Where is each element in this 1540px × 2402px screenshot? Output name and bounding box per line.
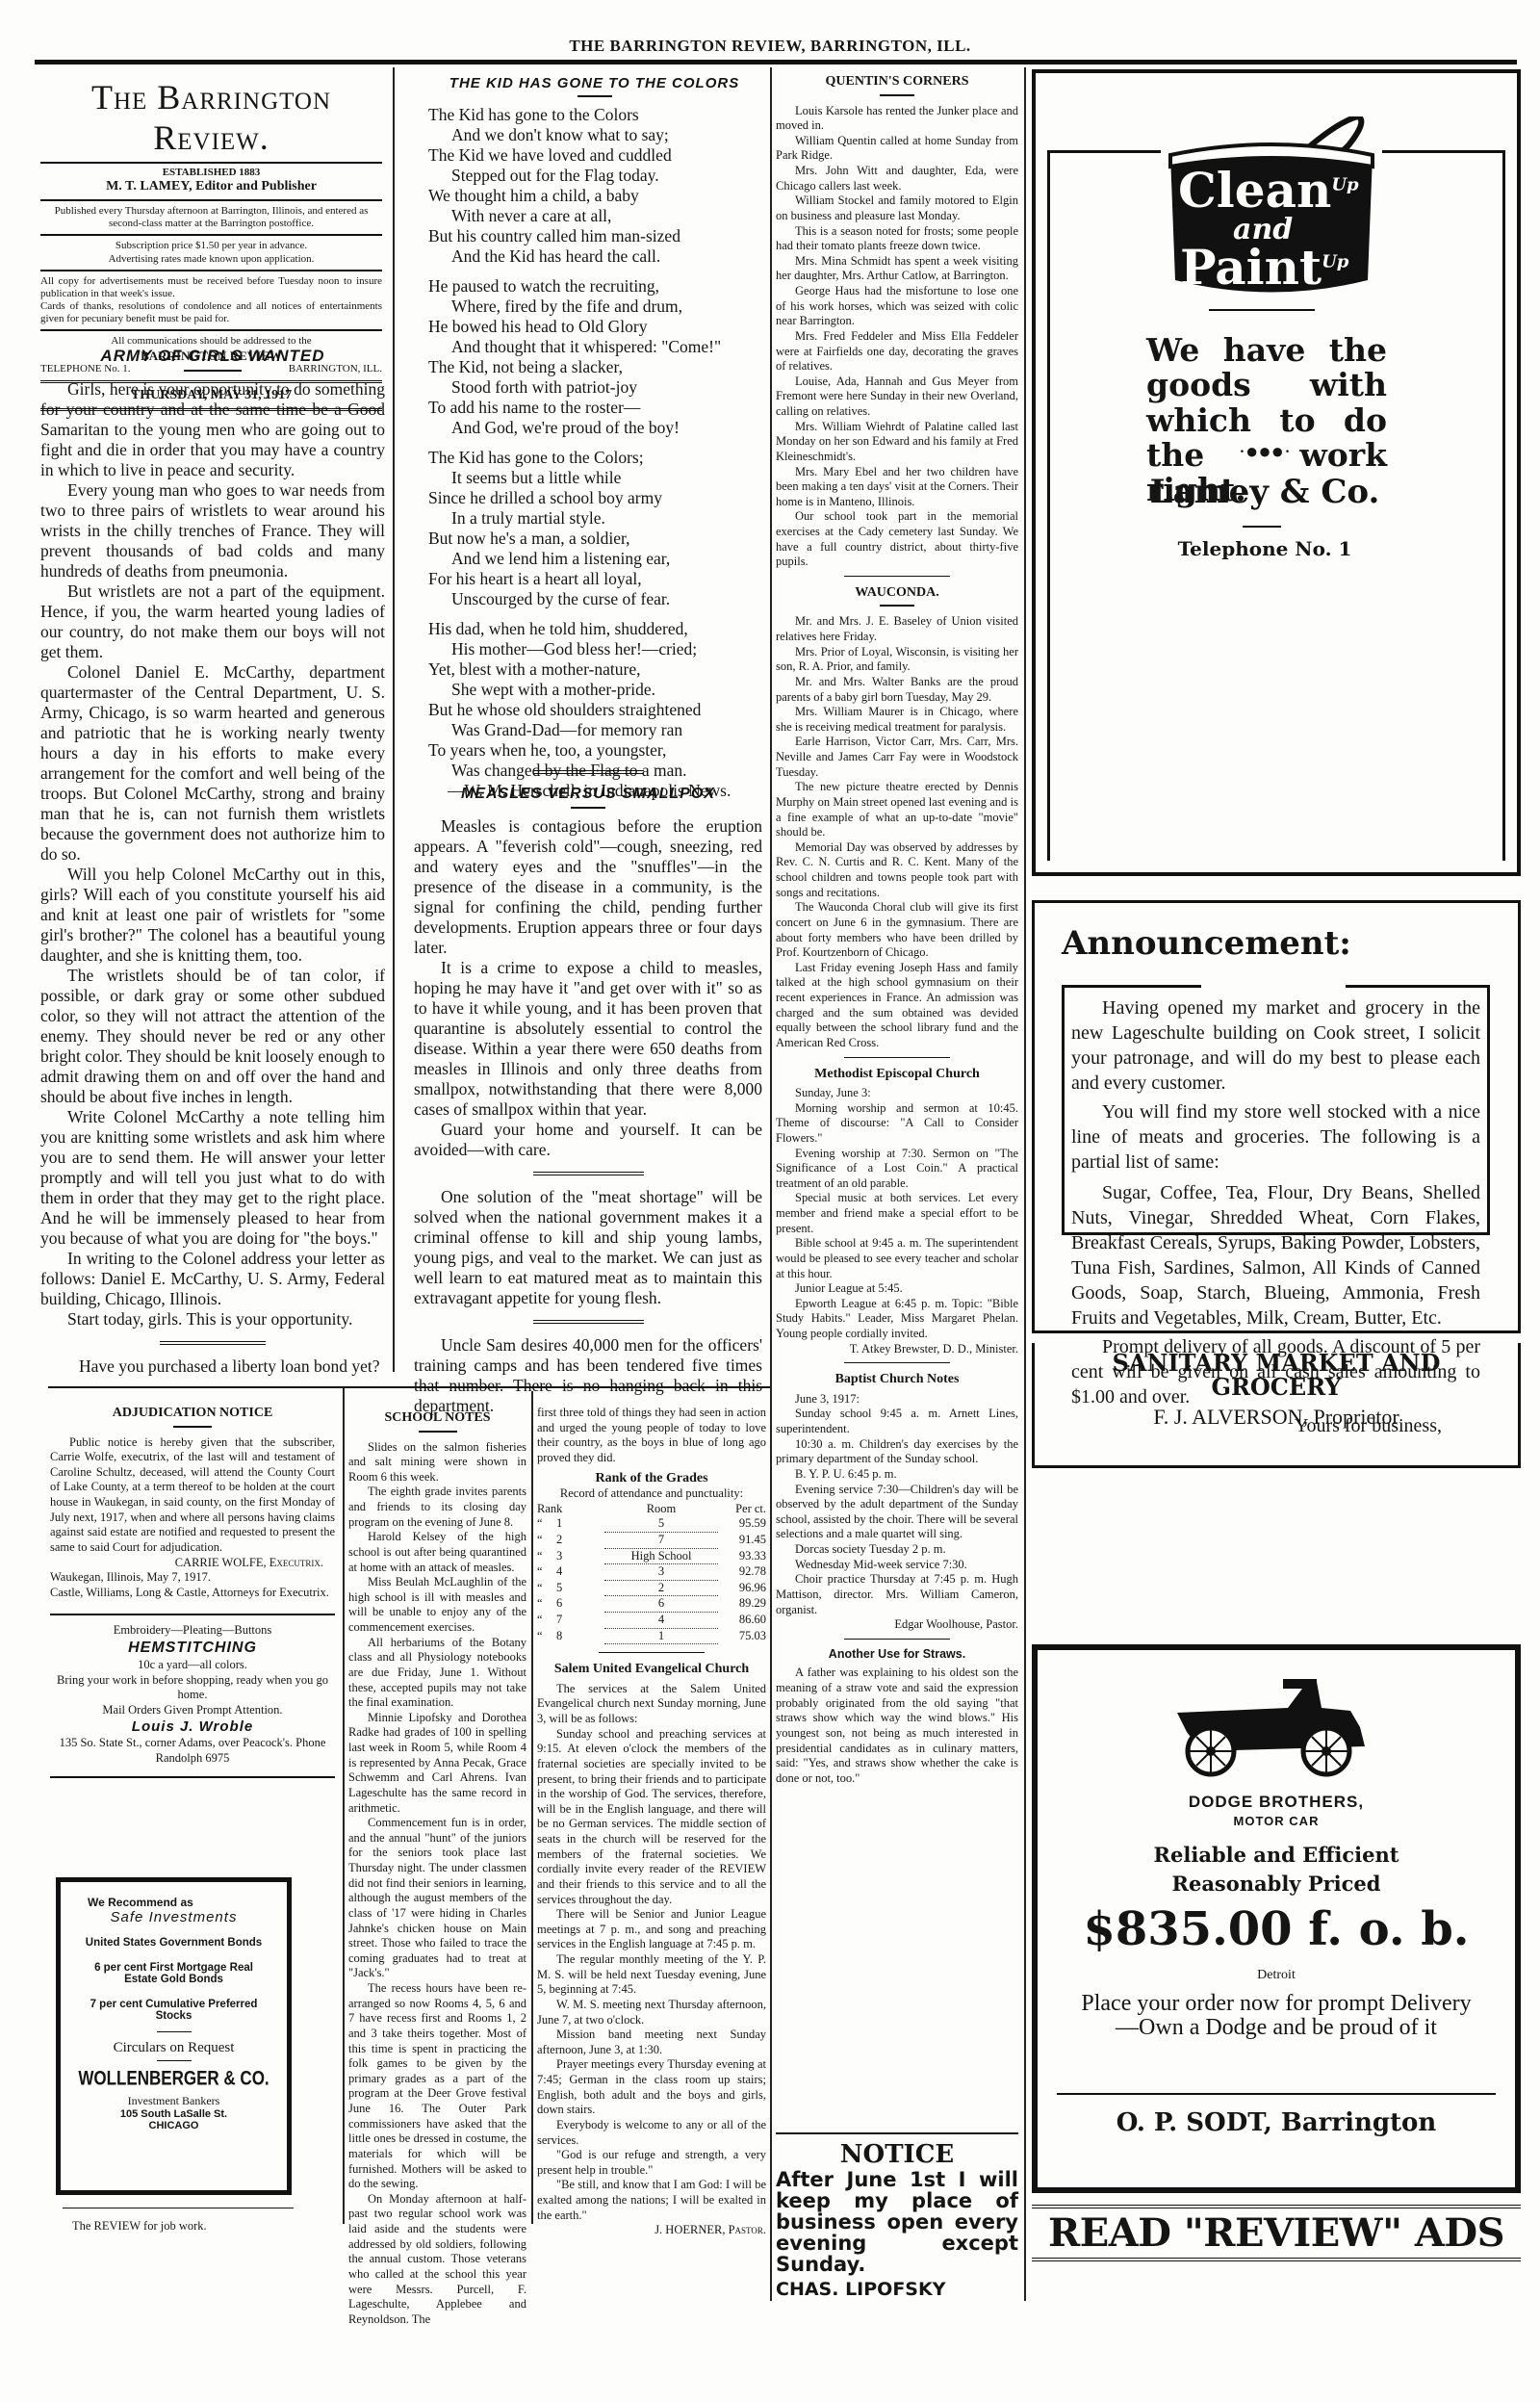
dodge-price: $835.00 f. o. b. [1038, 1902, 1515, 1956]
top-rule [35, 60, 1517, 65]
ornament-icon: ·●●●· [1036, 439, 1494, 464]
salem-paragraph: Mission band meeting next Sunday afterno… [537, 2027, 766, 2057]
wauconda-headline: WAUCONDA. [776, 584, 1018, 602]
rank-subtitle: Record of attendance and punctuality: [537, 1486, 766, 1502]
rank-table: Rank Room Per ct. “1595.59“2791.45“3High… [537, 1502, 766, 1645]
editor: M. T. LAMEY, Editor and Publisher [40, 179, 382, 195]
salem-paragraph: W. M. S. meeting next Thursday afternoon… [537, 1998, 766, 2027]
paragraph: Measles is contagious before the eruptio… [414, 816, 762, 958]
dodge-brand: DODGE BROTHERS, [1038, 1793, 1515, 1812]
news-item: William Stockel and family motored to El… [776, 194, 1018, 223]
poem-body: The Kid has gone to the ColorsAnd we don… [428, 105, 760, 801]
church-item: Wednesday Mid-week service 7:30. [776, 1558, 1018, 1573]
paint-can-icon: CleanUp and PaintUp [1161, 116, 1382, 299]
baptist-headline: Baptist Church Notes [776, 1371, 1018, 1388]
publication-info: Published every Thursday afternoon at Ba… [40, 205, 382, 230]
firm-name: WOLLENBERGER & CO. [70, 2067, 277, 2091]
pastor: J. HOERNER, Pastor. [537, 2223, 766, 2238]
column-divider [393, 67, 395, 1372]
job-work-line: The REVIEW for job work. [72, 2219, 207, 2234]
headline: ARMY OF GIRLS WANTED [40, 347, 385, 366]
methodist-headline: Methodist Episcopal Church [776, 1066, 1018, 1083]
headline: MEASLES VERSUS SMALLPOX [414, 786, 762, 803]
news-item: The new picture theatre erected by Denni… [776, 780, 1018, 840]
straws-headline: Another Use for Straws. [776, 1647, 1018, 1663]
news-item: Last Friday evening Joseph Hass and fami… [776, 961, 1018, 1051]
column-divider [531, 1391, 533, 2224]
school-note: Commencement fun is in order, and the an… [348, 1816, 526, 1981]
can-text-clean: CleanUp [1178, 167, 1359, 215]
stanza: The Kid has gone to the Colors;It seems … [428, 448, 760, 609]
can-text-paint: PaintUp [1180, 244, 1348, 292]
paragraph: Will you help Colonel McCarthy out in th… [40, 865, 385, 966]
uncle-sam-paragraph: Uncle Sam desires 40,000 men for the off… [414, 1335, 762, 1416]
dodge-tagline: Reasonably Priced [1038, 1872, 1515, 1896]
ad-price: 10c a yard—all colors. [50, 1658, 335, 1673]
straws-body: A father was explaining to his oldest so… [776, 1666, 1018, 1786]
school-note: The eighth grade invites parents and fri… [348, 1485, 526, 1530]
news-item: Memorial Day was observed by addresses b… [776, 840, 1018, 901]
copy-notice: All copy for advertisements must be rece… [40, 275, 382, 300]
read-review-ads-banner: READ "REVIEW" ADS [1032, 2205, 1521, 2261]
school-notes: SCHOOL NOTES Slides on the salmon fisher… [348, 1406, 526, 2327]
paragraph: Write Colonel McCarthy a note telling hi… [40, 1107, 385, 1249]
headline: ADJUDICATION NOTICE [50, 1405, 335, 1422]
rank-title: Rank of the Grades [537, 1470, 766, 1487]
ad-intro: We Recommend as [70, 1896, 277, 1909]
established: ESTABLISHED 1883 [40, 167, 382, 179]
salem-paragraph: "Be still, and know that I am God: I wil… [537, 2178, 766, 2223]
school-note: All herbariums of the Botany class and a… [348, 1636, 526, 1711]
stanza: He paused to watch the recruiting,Where,… [428, 276, 760, 438]
circulars: Circulars on Request [70, 2040, 277, 2056]
salem-paragraph: The services at the Salem United Evangel… [537, 1682, 766, 1727]
firm-address: 105 South LaSalle St. [70, 2108, 277, 2120]
salem-paragraph: Sunday school and preaching services at … [537, 1727, 766, 1908]
continued-text: first three told of things they had seen… [537, 1406, 766, 1466]
school-note: Miss Beulah McLaughlin of the high schoo… [348, 1575, 526, 1636]
salem-headline: Salem United Evangelical Church [537, 1661, 766, 1678]
news-item: George Haus had the misfortune to lose o… [776, 284, 1018, 329]
paragraph: Colonel Daniel E. McCarthy, department q… [40, 662, 385, 865]
news-item: Mrs. John Witt and daughter, Eda, were C… [776, 164, 1018, 194]
news-item: Mrs. William Wiehrdt of Palatine called … [776, 420, 1018, 465]
masthead-title: The Barrington Review. [40, 77, 382, 164]
dodge-dealer: O. P. SODT, Barrington [1038, 2108, 1515, 2137]
rank-row: “4392.78 [537, 1564, 766, 1581]
church-item: Morning worship and sermon at 10:45. The… [776, 1101, 1018, 1147]
church-item: Epworth League at 6:45 p. m. Topic: "Bib… [776, 1297, 1018, 1342]
meat-shortage-paragraph: One solution of the "meat shortage" will… [414, 1187, 762, 1308]
news-item: Earle Harrison, Victor Carr, Mrs. Carr, … [776, 735, 1018, 780]
news-item: Louis Karsole has rented the Junker plac… [776, 104, 1018, 134]
baptist-pastor: Edgar Woolhouse, Pastor. [776, 1617, 1018, 1633]
church-item: Sunday, June 3: [776, 1086, 1018, 1101]
school-notes-continued: first three told of things they had seen… [537, 1406, 766, 2238]
signature: CARRIE WOLFE, Executrix. [50, 1556, 335, 1571]
news-item: Mrs. Fred Feddeler and Miss Ella Feddele… [776, 329, 1018, 375]
news-item: William Quentin called at home Sunday fr… [776, 134, 1018, 164]
paint-ad-telephone: Telephone No. 1 [1036, 537, 1494, 560]
church-item: Special music at both services. Let ever… [776, 1191, 1018, 1236]
dodge-tagline: Reliable and Efficient [1038, 1843, 1515, 1867]
paint-ad: CleanUp and PaintUp We have the goods wi… [1032, 69, 1521, 876]
rank-row: “6689.29 [537, 1596, 766, 1613]
school-note: Harold Kelsey of the high school is out … [348, 1530, 526, 1575]
salem-paragraph: Everybody is welcome to any or all of th… [537, 2118, 766, 2148]
news-item: Mrs. Mary Ebel and her two children have… [776, 465, 1018, 510]
announcement-paragraph: Having opened my market and grocery in t… [1071, 995, 1480, 1096]
ad-line: Bring your work in before shopping, read… [50, 1673, 335, 1703]
notice-body: Public notice is hereby given that the s… [50, 1435, 335, 1556]
ad-headline: HEMSTITCHING [50, 1639, 335, 1658]
column-divider [1024, 67, 1026, 2301]
news-item: Mr. and Mrs. J. E. Baseley of Union visi… [776, 614, 1018, 644]
dodge-call-to-action: Place your order now for prompt Delivery… [1076, 1992, 1476, 2040]
adjudication-notice: ADJUDICATION NOTICE Public notice is her… [50, 1401, 335, 1786]
church-item: B. Y. P. U. 6:45 p. m. [776, 1467, 1018, 1483]
minister: T. Atkey Brewster, D. D., Minister. [776, 1342, 1018, 1357]
church-item: Choir practice Thursday at 7:45 p. m. Hu… [776, 1572, 1018, 1617]
notice-body: After June 1st I will keep my place of b… [776, 2169, 1018, 2275]
quentins-corners-headline: QUENTIN'S CORNERS [776, 73, 1018, 90]
ad-address: 135 So. State St., corner Adams, over Pe… [50, 1736, 335, 1766]
paragraph: Every young man who goes to war needs fr… [40, 480, 385, 581]
rank-header-row: Rank Room Per ct. [537, 1502, 766, 1517]
church-item: Bible school at 9:45 a. m. The superinte… [776, 1236, 1018, 1281]
rank-row: “3High School93.33 [537, 1549, 766, 1565]
notice-signature: CHAS. LIPOFSKY [776, 2279, 1018, 2300]
ad-line: Mail Orders Given Prompt Attention. [50, 1703, 335, 1718]
investment-item: 6 per cent First Mortgage Real Estate Go… [70, 1962, 277, 1985]
local-news-column: QUENTIN'S CORNERS Louis Karsole has rent… [776, 69, 1018, 1786]
salem-paragraph: "God is our refuge and strength, a very … [537, 2148, 766, 2178]
announcement-ad: Announcement: Having opened my market an… [1032, 900, 1521, 1333]
place-date: Waukegan, Illinois, May 7, 1917. [50, 1570, 335, 1586]
investment-item: 7 per cent Cumulative Preferred Stocks [70, 1999, 277, 2022]
paragraph: Start today, girls. This is your opportu… [40, 1309, 385, 1330]
announcement-headline: Announcement: [1062, 924, 1351, 963]
running-head: THE BARRINGTON REVIEW, BARRINGTON, ILL. [0, 37, 1540, 56]
paragraph: Girls, here is your opportunity to do so… [40, 379, 385, 480]
school-note: Minnie Lipofsky and Dorothea Radke had g… [348, 1711, 526, 1816]
paint-ad-firm: Lamey & Co. [1036, 473, 1494, 511]
school-note: The recess hours have been re-arranged s… [348, 1981, 526, 2192]
measles-article: MEASLES VERSUS SMALLPOX Measles is conta… [414, 770, 762, 1416]
store-signature: SANITARY MARKET AND GROCERY F. J. ALVERS… [1032, 1343, 1521, 1468]
rank-row: “1595.59 [537, 1516, 766, 1533]
advertising-rates: Advertising rates made known upon applic… [40, 253, 382, 266]
attorneys: Castle, Williams, Long & Castle, Attorne… [50, 1586, 335, 1601]
column-divider [770, 67, 772, 2301]
motor-car-icon [1172, 1674, 1374, 1785]
banner-text: READ "REVIEW" ADS [1032, 2210, 1521, 2256]
rank-row: “2791.45 [537, 1533, 766, 1549]
salem-paragraph: The regular monthly meeting of the Y. P.… [537, 1952, 766, 1998]
lipofsky-notice: NOTICE After June 1st I will keep my pla… [776, 2132, 1018, 2300]
paragraph: But wristlets are not a part of the equi… [40, 581, 385, 662]
headline: SCHOOL NOTES [348, 1409, 526, 1427]
church-item: Sunday school 9:45 a. m. Arnett Lines, s… [776, 1407, 1018, 1436]
church-item: Junior League at 5:45. [776, 1281, 1018, 1297]
paragraph: In writing to the Colonel address your l… [40, 1249, 385, 1309]
news-item: Mr. and Mrs. Walter Banks are the proud … [776, 675, 1018, 705]
ad-line: Embroidery—Pleating—Buttons [50, 1623, 335, 1639]
army-of-girls-article: ARMY OF GIRLS WANTED Girls, here is your… [40, 347, 385, 1377]
rank-row: “5296.96 [537, 1581, 766, 1597]
subscription-price: Subscription price $1.50 per year in adv… [40, 240, 382, 252]
dodge-product: MOTOR CAR [1038, 1814, 1515, 1828]
firm-city: CHICAGO [70, 2120, 277, 2131]
liberty-loan-line: Have you purchased a liberty loan bond y… [40, 1356, 385, 1377]
news-item: This is a season noted for frosts; some … [776, 224, 1018, 254]
poem-article: THE KID HAS GONE TO THE COLORS The Kid h… [428, 75, 760, 811]
news-item: Our school took part in the memorial exe… [776, 509, 1018, 570]
rank-row: “7486.60 [537, 1613, 766, 1629]
school-note: On Monday afternoon at half-past two reg… [348, 2192, 526, 2328]
rank-row: “8175.03 [537, 1629, 766, 1645]
paragraph: Guard your home and yourself. It can be … [414, 1120, 762, 1160]
news-item: Mrs. Prior of Loyal, Wisconsin, is visit… [776, 645, 1018, 675]
news-item: The Wauconda Choral club will give its f… [776, 900, 1018, 961]
paragraph: It is a crime to expose a child to measl… [414, 958, 762, 1120]
column-divider [343, 1386, 345, 2224]
stanza: The Kid has gone to the ColorsAnd we don… [428, 105, 760, 267]
paragraph: The wristlets should be of tan color, if… [40, 966, 385, 1107]
church-item: Dorcas society Tuesday 2 p. m. [776, 1542, 1018, 1558]
notice-headline: NOTICE [776, 2140, 1018, 2169]
investment-ad: We Recommend as Safe Investments United … [56, 1877, 292, 2195]
ad-name: Louis J. Wroble [50, 1718, 335, 1737]
news-item: Louise, Ada, Hannah and Gus Meyer from F… [776, 375, 1018, 420]
salem-paragraph: There will be Senior and Junior League m… [537, 1907, 766, 1952]
salem-paragraph: Prayer meetings every Thursday evening a… [537, 2057, 766, 2118]
church-item: Evening worship at 7:30. Sermon on "The … [776, 1147, 1018, 1192]
news-item: Mrs. Mina Schmidt has spent a week visit… [776, 254, 1018, 284]
proprietor: F. J. ALVERSON, Proprietor [1035, 1405, 1518, 1430]
fob-city: Detroit [1038, 1968, 1515, 1983]
store-name: SANITARY MARKET AND GROCERY [1035, 1343, 1518, 1399]
headline: THE KID HAS GONE TO THE COLORS [428, 75, 760, 91]
cards-notice: Cards of thanks, resolutions of condolen… [40, 300, 382, 325]
hemstitching-ad: Embroidery—Pleating—Buttons HEMSTITCHING… [50, 1623, 335, 1766]
dodge-ad: DODGE BROTHERS, MOTOR CAR Reliable and E… [1032, 1644, 1521, 2193]
grocery-list: Sugar, Coffee, Tea, Flour, Dry Beans, Sh… [1071, 1180, 1480, 1330]
church-item: Evening service 7:30—Children's day will… [776, 1483, 1018, 1543]
news-item: Mrs. William Maurer is in Chicago, where… [776, 705, 1018, 735]
school-note: Slides on the salmon fisheries and salt … [348, 1440, 526, 1485]
announcement-paragraph: You will find my store well stocked with… [1071, 1099, 1480, 1175]
ad-headline: Safe Investments [70, 1909, 277, 1925]
firm-type: Investment Bankers [70, 2094, 277, 2108]
church-item: 10:30 a. m. Children's day exercises by … [776, 1437, 1018, 1467]
investment-item: United States Government Bonds [70, 1937, 277, 1949]
church-item: June 3, 1917: [776, 1392, 1018, 1408]
